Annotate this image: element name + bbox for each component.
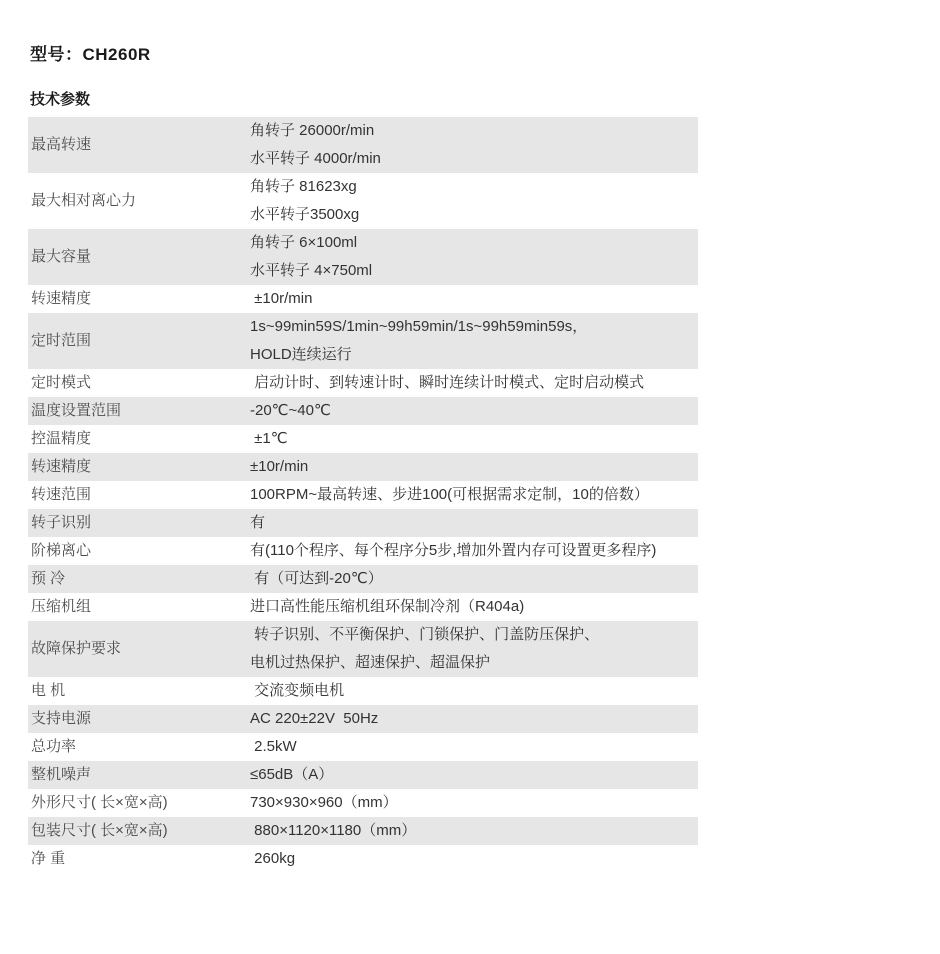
spec-row-value: 有（可达到-20℃） [250,565,698,593]
spec-row: 最大容量角转子 6×100ml水平转子 4×750ml [28,229,698,285]
spec-row-label: 净 重 [28,849,250,869]
spec-row: 阶梯离心有(110个程序、每个程序分5步,增加外置内存可设置更多程序) [28,537,698,565]
spec-row-label: 最大容量 [28,247,250,267]
spec-value-line: AC 220±22V 50Hz [250,705,692,733]
spec-row-value: 100RPM~最高转速、步进100(可根据需求定制，10的倍数） [250,481,698,509]
spec-row-value: 2.5kW [250,733,698,761]
spec-row-value: 角转子 6×100ml水平转子 4×750ml [250,229,698,285]
spec-row-value: 角转子 26000r/min水平转子 4000r/min [250,117,698,173]
spec-value-line: ±1℃ [250,425,692,453]
spec-row-label: 转速精度 [28,289,250,309]
spec-value-line: 有 [250,509,692,537]
spec-value-line: 1s~99min59S/1min~99h59min/1s~99h59min59s… [250,313,692,341]
spec-row-value: ≤65dB（A） [250,761,698,789]
spec-row: 支持电源AC 220±22V 50Hz [28,705,698,733]
spec-row: 定时范围1s~99min59S/1min~99h59min/1s~99h59mi… [28,313,698,369]
spec-row-label: 包装尺寸( 长×宽×高) [28,821,250,841]
spec-row-value: 880×1120×1180（mm） [250,817,698,845]
spec-value-line: 交流变频电机 [250,677,692,705]
spec-value-line: 转子识别、不平衡保护、门锁保护、门盖防压保护、 [250,621,692,649]
spec-row-value: 启动计时、到转速计时、瞬时连续计时模式、定时启动模式 [250,369,698,397]
spec-value-line: 260kg [250,845,692,873]
spec-row: 温度设置范围-20℃~40℃ [28,397,698,425]
spec-value-line: 水平转子 4000r/min [250,145,692,173]
spec-row-value: 260kg [250,845,698,873]
spec-row-label: 故障保护要求 [28,639,250,659]
spec-row: 转速精度 ±10r/min [28,285,698,313]
spec-row-label: 控温精度 [28,429,250,449]
spec-value-line: 880×1120×1180（mm） [250,817,692,845]
spec-row-value: 转子识别、不平衡保护、门锁保护、门盖防压保护、电机过热保护、超速保护、超温保护 [250,621,698,677]
spec-value-line: 角转子 81623xg [250,173,692,201]
spec-row: 整机噪声≤65dB（A） [28,761,698,789]
spec-row-label: 预 冷 [28,569,250,589]
spec-page: 型号：CH260R 技术参数 最高转速角转子 26000r/min水平转子 40… [0,0,940,873]
spec-row: 总功率 2.5kW [28,733,698,761]
spec-row-label: 定时模式 [28,373,250,393]
spec-row-value: ±1℃ [250,425,698,453]
spec-table: 最高转速角转子 26000r/min水平转子 4000r/min最大相对离心力角… [28,117,698,873]
spec-row: 转速精度±10r/min [28,453,698,481]
spec-row-label: 压缩机组 [28,597,250,617]
spec-value-line: 水平转子3500xg [250,201,692,229]
spec-row: 最高转速角转子 26000r/min水平转子 4000r/min [28,117,698,173]
spec-row-value: 进口高性能压缩机组环保制冷剂（R404a) [250,593,698,621]
spec-row: 转速范围100RPM~最高转速、步进100(可根据需求定制，10的倍数） [28,481,698,509]
spec-row-label: 定时范围 [28,331,250,351]
spec-row: 压缩机组进口高性能压缩机组环保制冷剂（R404a) [28,593,698,621]
spec-value-line: 进口高性能压缩机组环保制冷剂（R404a) [250,593,692,621]
section-title: 技术参数 [30,88,940,109]
spec-row-value: ±10r/min [250,453,698,481]
spec-value-line: 730×930×960（mm） [250,789,692,817]
spec-value-line: ±10r/min [250,285,692,313]
spec-row-label: 温度设置范围 [28,401,250,421]
spec-value-line: 启动计时、到转速计时、瞬时连续计时模式、定时启动模式 [250,369,692,397]
spec-row-value: 1s~99min59S/1min~99h59min/1s~99h59min59s… [250,313,698,369]
spec-row-label: 外形尺寸( 长×宽×高) [28,793,250,813]
spec-value-line: 100RPM~最高转速、步进100(可根据需求定制，10的倍数） [250,481,692,509]
spec-row-value: AC 220±22V 50Hz [250,705,698,733]
spec-row: 最大相对离心力角转子 81623xg水平转子3500xg [28,173,698,229]
spec-row-label: 转速精度 [28,457,250,477]
spec-row-value: 交流变频电机 [250,677,698,705]
spec-value-line: 角转子 6×100ml [250,229,692,257]
spec-value-line: -20℃~40℃ [250,397,692,425]
spec-row-label: 阶梯离心 [28,541,250,561]
spec-value-line: 角转子 26000r/min [250,117,692,145]
spec-value-line: HOLD连续运行 [250,341,692,369]
spec-value-line: 2.5kW [250,733,692,761]
spec-value-line: ≤65dB（A） [250,761,692,789]
spec-value-line: 有(110个程序、每个程序分5步,增加外置内存可设置更多程序) [250,537,692,565]
spec-row: 包装尺寸( 长×宽×高) 880×1120×1180（mm） [28,817,698,845]
spec-row-label: 最高转速 [28,135,250,155]
spec-row-label: 最大相对离心力 [28,191,250,211]
spec-row: 净 重 260kg [28,845,698,873]
spec-row-value: 730×930×960（mm） [250,789,698,817]
spec-value-line: 水平转子 4×750ml [250,257,692,285]
spec-row-label: 支持电源 [28,709,250,729]
spec-row: 外形尺寸( 长×宽×高)730×930×960（mm） [28,789,698,817]
spec-row: 定时模式 启动计时、到转速计时、瞬时连续计时模式、定时启动模式 [28,369,698,397]
spec-row: 控温精度 ±1℃ [28,425,698,453]
spec-row-label: 转子识别 [28,513,250,533]
spec-value-line: ±10r/min [250,453,692,481]
spec-row-label: 总功率 [28,737,250,757]
spec-row-value: 有 [250,509,698,537]
spec-row-label: 转速范围 [28,485,250,505]
spec-value-line: 电机过热保护、超速保护、超温保护 [250,649,692,677]
spec-row: 预 冷 有（可达到-20℃） [28,565,698,593]
spec-row: 转子识别有 [28,509,698,537]
spec-value-line: 有（可达到-20℃） [250,565,692,593]
model-title: 型号：CH260R [30,40,940,65]
spec-row-value: 角转子 81623xg水平转子3500xg [250,173,698,229]
spec-row: 故障保护要求 转子识别、不平衡保护、门锁保护、门盖防压保护、电机过热保护、超速保… [28,621,698,677]
spec-row-label: 整机噪声 [28,765,250,785]
spec-row-value: ±10r/min [250,285,698,313]
spec-row-value: 有(110个程序、每个程序分5步,增加外置内存可设置更多程序) [250,537,698,565]
spec-row-label: 电 机 [28,681,250,701]
spec-row-value: -20℃~40℃ [250,397,698,425]
spec-row: 电 机 交流变频电机 [28,677,698,705]
